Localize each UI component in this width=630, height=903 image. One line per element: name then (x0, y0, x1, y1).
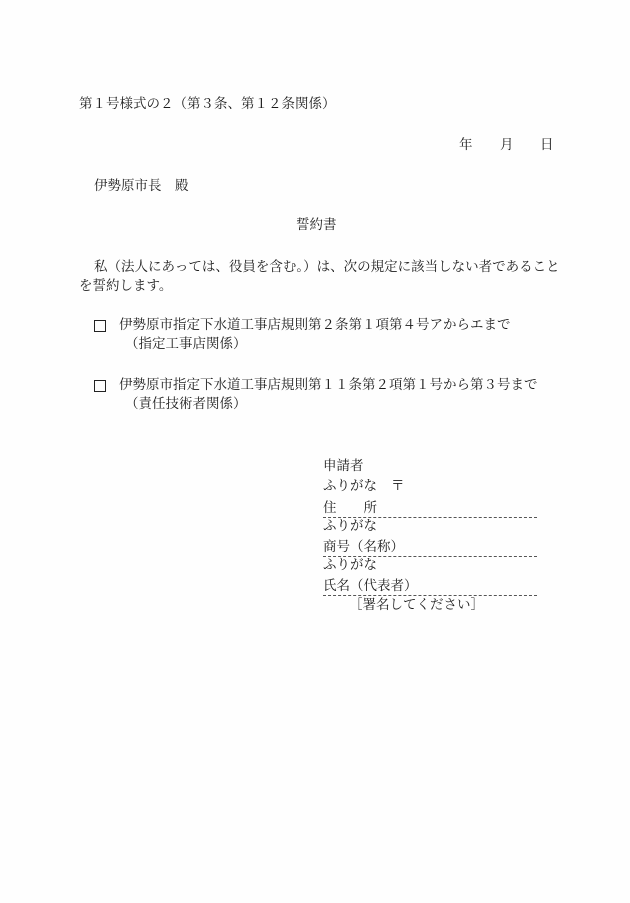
checklist-item-subtext: （指定工事店関係） (125, 335, 247, 354)
signature-note: ［署名してください］ (349, 596, 484, 615)
checklist-item-subtext: （責任技術者関係） (125, 395, 247, 414)
document-title: 誓約書 (296, 216, 337, 235)
pledge-text-line1: 私（法人にあっては、役員を含む。）は、次の規定に該当しない者であること (94, 258, 560, 277)
checkbox[interactable] (94, 380, 106, 392)
address-label: 住 所 (323, 500, 377, 516)
representative-furigana-label: ふりがな (323, 556, 377, 575)
representative-name-field[interactable]: 氏名（代表者） (323, 575, 537, 596)
date-year-label: 年 (459, 136, 473, 155)
representative-label: 氏名（代表者） (323, 578, 418, 594)
company-name-field[interactable]: 商号（名称） (323, 536, 537, 557)
applicant-heading: 申請者 (323, 457, 364, 476)
form-number: 第１号様式の２（第３条、第１２条関係） (79, 95, 336, 114)
addressee: 伊勢原市長 殿 (94, 177, 189, 196)
checklist-item-text: 伊勢原市指定下水道工事店規則第１１条第２項第１号から第３号まで (119, 376, 538, 395)
postal-mark: 〒 (391, 477, 405, 496)
checkbox[interactable] (94, 320, 106, 332)
date-day-label: 日 (540, 136, 554, 155)
company-label: 商号（名称） (323, 539, 404, 555)
address-furigana-label: ふりがな (323, 477, 377, 496)
checklist-item-text: 伊勢原市指定下水道工事店規則第２条第１項第４号アからエまで (119, 316, 511, 335)
pledge-text-line2: を誓約します。 (79, 277, 172, 296)
company-furigana-label: ふりがな (323, 517, 377, 536)
date-month-label: 月 (500, 136, 514, 155)
address-field[interactable]: 住 所 (323, 497, 537, 518)
